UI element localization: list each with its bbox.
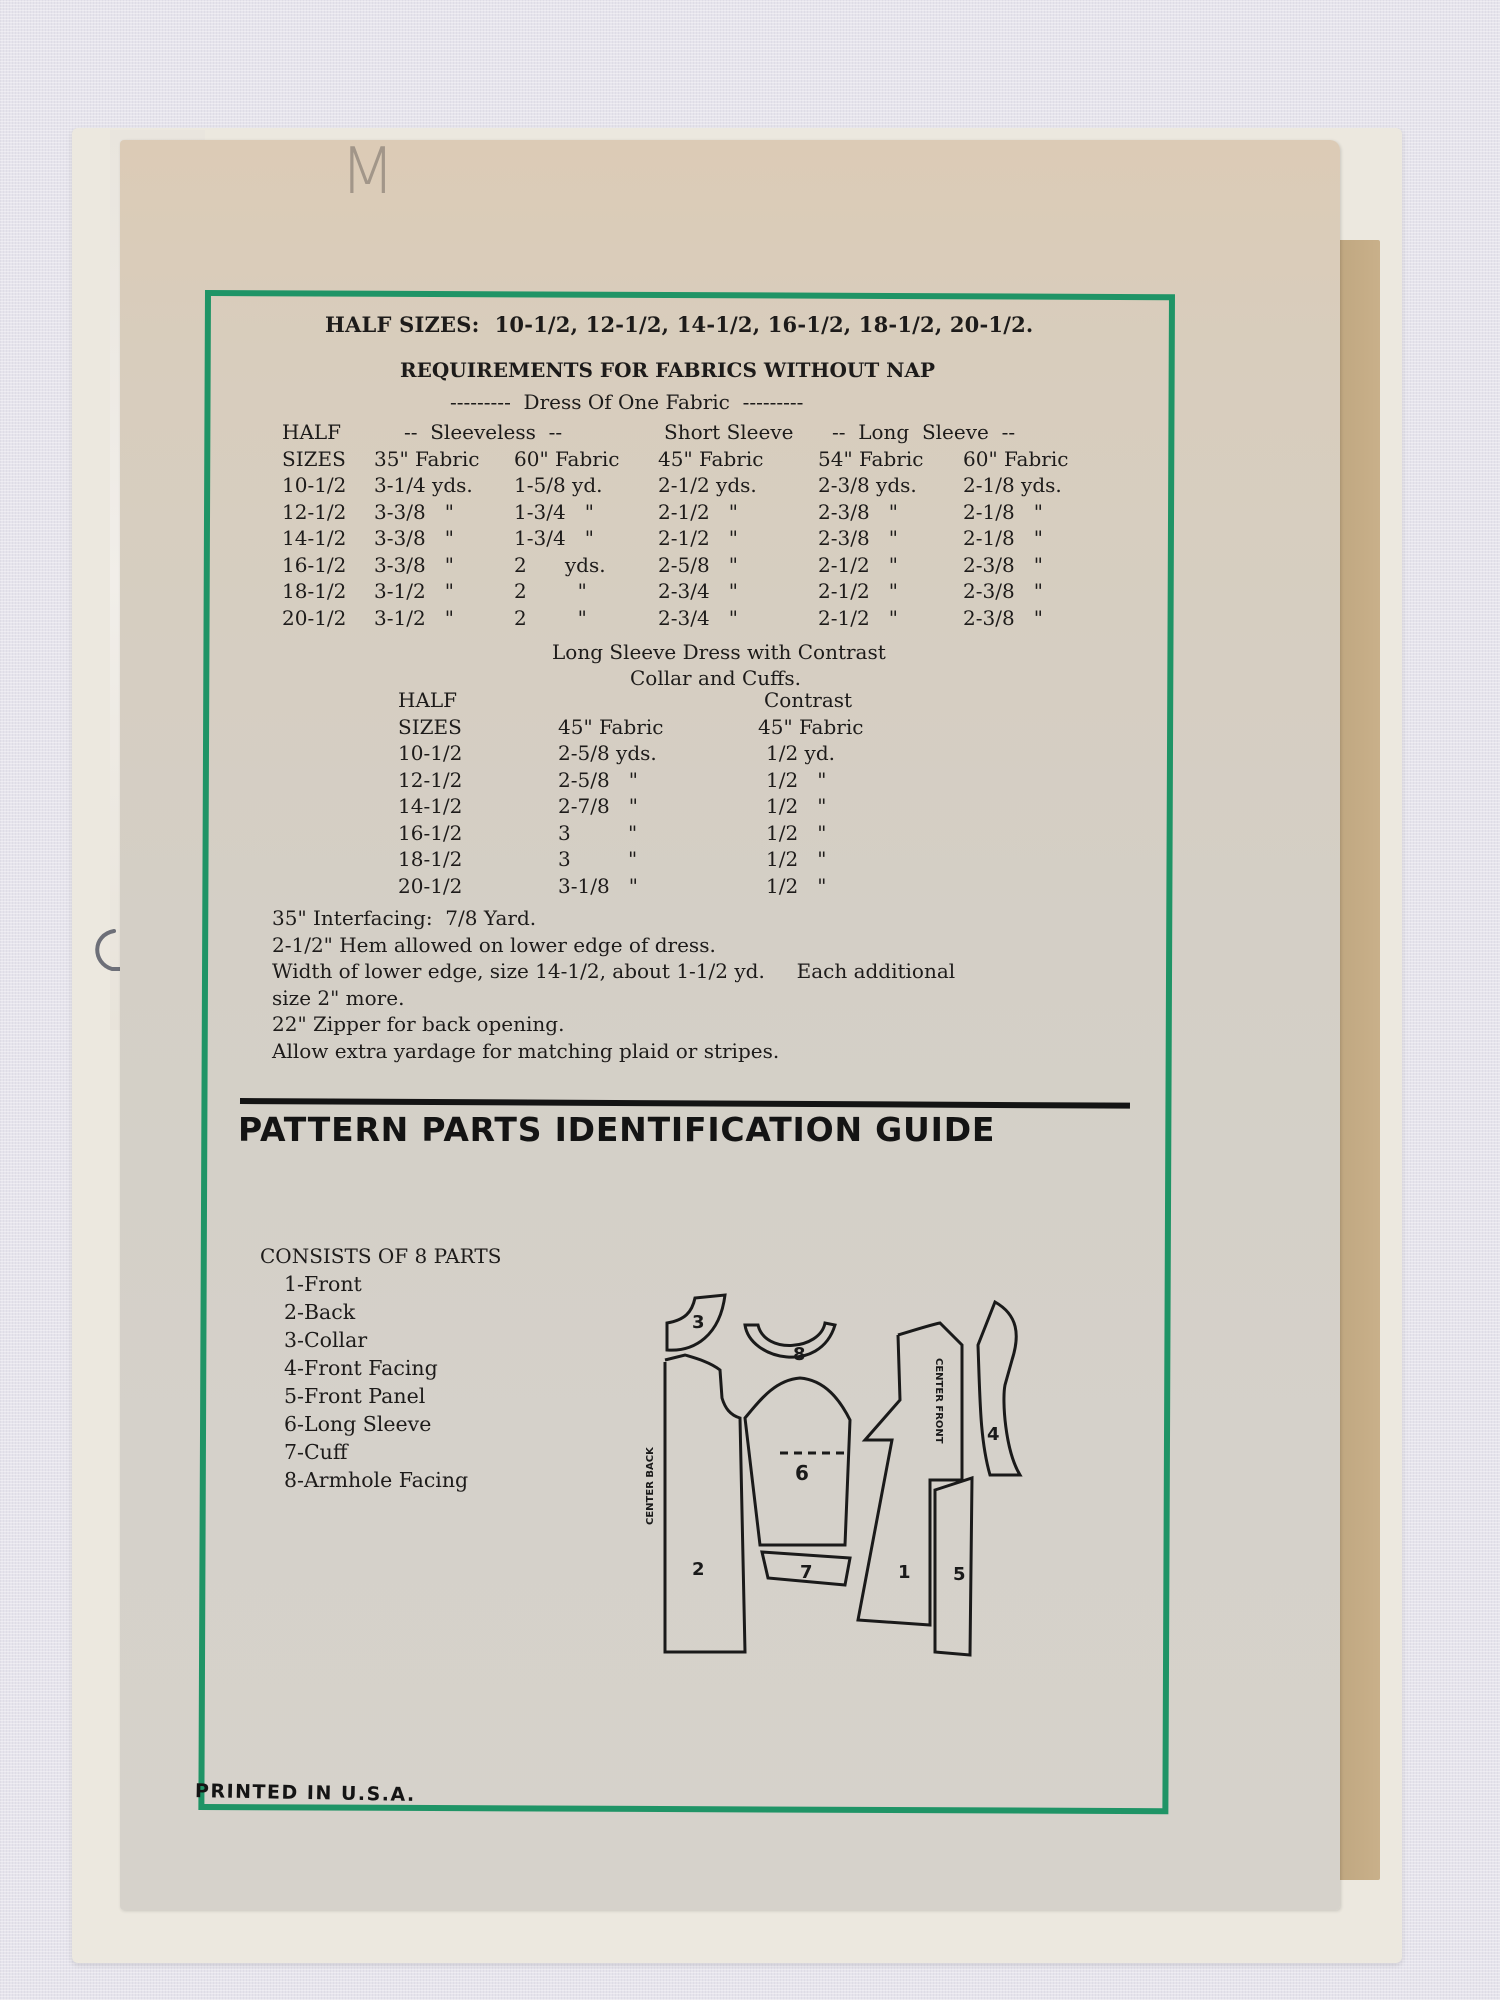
size-cell: 16-1/2	[282, 553, 374, 580]
piece-number-2: 2	[692, 1559, 705, 1580]
size-cell: 14-1/2	[398, 794, 558, 821]
yardage-cell: 2-3/8 "	[818, 526, 963, 553]
table-row: 20-1/2 3-1/8 " 1/2 "	[398, 874, 863, 901]
section-divider	[240, 1098, 1130, 1109]
yardage-cell: 2-3/8 "	[963, 553, 1103, 580]
table-row: 18-1/2 3-1/2 " 2 " 2-3/4 " 2-1/2 " 2-3/8…	[282, 579, 1103, 606]
piece-number-6: 6	[795, 1461, 809, 1485]
yardage-cell: 3-1/4 yds.	[374, 473, 514, 500]
size-cell: 12-1/2	[398, 768, 558, 795]
size-cell: 10-1/2	[398, 741, 558, 768]
yardage-cell: 2-7/8 "	[558, 794, 758, 821]
table-row: 12-1/2 2-5/8 " 1/2 "	[398, 768, 863, 795]
yardage-cell: 3-3/8 "	[374, 526, 514, 553]
yardage-cell: 2-3/8 "	[963, 606, 1103, 633]
printed-in-usa: PRINTED IN U.S.A.	[195, 1780, 416, 1806]
yardage-cell: 2-1/2 "	[658, 500, 818, 527]
yardage-cell: 1-5/8 yd.	[514, 473, 658, 500]
yardage-cell: 2-1/8 "	[963, 500, 1103, 527]
guide-title: PATTERN PARTS IDENTIFICATION GUIDE	[238, 1110, 995, 1149]
list-item: 5-Front Panel	[260, 1382, 501, 1410]
piece-armhole-facing-outline	[745, 1323, 835, 1357]
header-cell	[558, 688, 758, 715]
table-header-row: SIZES 35" Fabric 60" Fabric 45" Fabric 5…	[282, 447, 1103, 474]
table-row: 16-1/2 3 " 1/2 "	[398, 821, 863, 848]
yardage-cell: 2-3/8 yds.	[818, 473, 963, 500]
piece-back-outline	[665, 1355, 745, 1652]
yardage-cell: 2-5/8 "	[558, 768, 758, 795]
list-item: 8-Armhole Facing	[260, 1466, 501, 1494]
yardage-cell: 3-3/8 "	[374, 553, 514, 580]
yardage-cell: 1/2 "	[758, 874, 863, 901]
size-cell: 14-1/2	[282, 526, 374, 553]
yardage-cell: 2-3/8 "	[818, 500, 963, 527]
yardage-cell: 3-3/8 "	[374, 500, 514, 527]
list-item: 4-Front Facing	[260, 1354, 501, 1382]
header-cell: 45" Fabric	[658, 447, 818, 474]
yardage-cell: 3-1/2 "	[374, 579, 514, 606]
note-line: size 2" more.	[272, 985, 955, 1012]
yardage-cell: 3-1/2 "	[374, 606, 514, 633]
yardage-cell: 2-5/8 "	[658, 553, 818, 580]
note-line: Allow extra yardage for matching plaid o…	[272, 1038, 955, 1065]
table-row: 20-1/2 3-1/2 " 2 " 2-3/4 " 2-1/2 " 2-3/8…	[282, 606, 1103, 633]
size-cell: 18-1/2	[398, 847, 558, 874]
yardage-cell: 1-3/4 "	[514, 526, 658, 553]
note-line: Width of lower edge, size 14-1/2, about …	[272, 958, 955, 985]
yardage-cell: 2 "	[514, 579, 658, 606]
header-cell: 45" Fabric	[758, 715, 863, 742]
yardage-cell: 2-1/2 "	[818, 553, 963, 580]
yardage-cell: 2 yds.	[514, 553, 658, 580]
header-cell: SIZES	[398, 715, 558, 742]
yardage-cell: 3 "	[558, 847, 758, 874]
header-cell: 35" Fabric	[374, 447, 514, 474]
half-sizes-heading: HALF SIZES: 10-1/2, 12-1/2, 14-1/2, 16-1…	[325, 312, 1033, 337]
parts-list-title: CONSISTS OF 8 PARTS	[260, 1242, 501, 1270]
note-line: 2-1/2" Hem allowed on lower edge of dres…	[272, 932, 955, 959]
header-cell: HALF	[398, 688, 558, 715]
notes-block: 35" Interfacing: 7/8 Yard. 2-1/2" Hem al…	[272, 905, 955, 1064]
piece-number-7: 7	[800, 1562, 813, 1583]
size-cell: 18-1/2	[282, 579, 374, 606]
size-cell: 10-1/2	[282, 473, 374, 500]
piece-number-3: 3	[692, 1312, 705, 1333]
note-line: 35" Interfacing: 7/8 Yard.	[272, 905, 955, 932]
header-cell: Short Sleeve	[658, 420, 818, 447]
yardage-cell: 1-3/4 "	[514, 500, 658, 527]
yardage-cell: 1/2 "	[758, 847, 863, 874]
list-item: 6-Long Sleeve	[260, 1410, 501, 1438]
header-cell: HALF	[282, 420, 374, 447]
yardage-cell: 2-1/2 "	[658, 526, 818, 553]
size-cell: 16-1/2	[398, 821, 558, 848]
parts-list: CONSISTS OF 8 PARTS 1-Front 2-Back 3-Col…	[260, 1242, 501, 1494]
piece-number-4: 4	[987, 1424, 1000, 1445]
size-cell: 12-1/2	[282, 500, 374, 527]
list-item: 7-Cuff	[260, 1438, 501, 1466]
yardage-cell: 2-5/8 yds.	[558, 741, 758, 768]
yardage-cell: 1/2 "	[758, 794, 863, 821]
document-content: HALF SIZES: 10-1/2, 12-1/2, 14-1/2, 16-1…	[0, 0, 1500, 2000]
table-row: 12-1/2 3-3/8 " 1-3/4 " 2-1/2 " 2-3/8 " 2…	[282, 500, 1103, 527]
contrast-fabric-table: HALF Contrast SIZES 45" Fabric 45" Fabri…	[398, 688, 863, 900]
yardage-cell: 2-1/8 "	[963, 526, 1103, 553]
dress-one-fabric-heading: --------- Dress Of One Fabric ---------	[450, 390, 803, 414]
center-front-label: CENTER FRONT	[933, 1358, 944, 1444]
size-cell: 20-1/2	[398, 874, 558, 901]
list-item: 1-Front	[260, 1270, 501, 1298]
table-row: 14-1/2 2-7/8 " 1/2 "	[398, 794, 863, 821]
header-cell: 60" Fabric	[514, 447, 658, 474]
size-cell: 20-1/2	[282, 606, 374, 633]
yardage-cell: 3 "	[558, 821, 758, 848]
pattern-pieces-diagram: 3 8 6 7 2 1 5 4 CENTER BACK CENTER FRONT	[640, 1290, 1040, 1670]
table-row: 10-1/2 2-5/8 yds. 1/2 yd.	[398, 741, 863, 768]
piece-number-5: 5	[953, 1564, 966, 1585]
table-header-row: SIZES 45" Fabric 45" Fabric	[398, 715, 863, 742]
contrast-title-line1: Long Sleeve Dress with Contrast	[552, 640, 886, 664]
yardage-cell: 2-3/4 "	[658, 579, 818, 606]
piece-number-8: 8	[793, 1344, 806, 1365]
yardage-cell: 3-1/8 "	[558, 874, 758, 901]
table-row: 10-1/2 3-1/4 yds. 1-5/8 yd. 2-1/2 yds. 2…	[282, 473, 1103, 500]
table-row: 18-1/2 3 " 1/2 "	[398, 847, 863, 874]
table-row: 16-1/2 3-3/8 " 2 yds. 2-5/8 " 2-1/2 " 2-…	[282, 553, 1103, 580]
yardage-cell: 2-1/2 yds.	[658, 473, 818, 500]
header-cell: Contrast	[758, 688, 863, 715]
list-item: 3-Collar	[260, 1326, 501, 1354]
yardage-cell: 2-1/8 yds.	[963, 473, 1103, 500]
yardage-cell: 2-3/4 "	[658, 606, 818, 633]
header-cell: -- Sleeveless --	[374, 420, 658, 447]
yardage-cell: 1/2 "	[758, 821, 863, 848]
yardage-cell: 2-1/2 "	[818, 606, 963, 633]
table-header-row: HALF -- Sleeveless -- Short Sleeve -- Lo…	[282, 420, 1103, 447]
yardage-cell: 2-3/8 "	[963, 579, 1103, 606]
header-cell: SIZES	[282, 447, 374, 474]
header-cell: 60" Fabric	[963, 447, 1103, 474]
fabric-requirements-table: HALF -- Sleeveless -- Short Sleeve -- Lo…	[282, 420, 1103, 632]
yardage-cell: 2 "	[514, 606, 658, 633]
yardage-cell: 1/2 "	[758, 768, 863, 795]
piece-front-facing-outline	[978, 1302, 1020, 1475]
list-item: 2-Back	[260, 1298, 501, 1326]
center-back-label: CENTER BACK	[645, 1446, 656, 1525]
yardage-cell: 2-1/2 "	[818, 579, 963, 606]
requirements-heading: REQUIREMENTS FOR FABRICS WITHOUT NAP	[400, 358, 935, 382]
table-header-row: HALF Contrast	[398, 688, 863, 715]
header-cell: 54" Fabric	[818, 447, 963, 474]
yardage-cell: 1/2 yd.	[758, 741, 863, 768]
header-cell: 45" Fabric	[558, 715, 758, 742]
piece-number-1: 1	[898, 1562, 911, 1583]
table-row: 14-1/2 3-3/8 " 1-3/4 " 2-1/2 " 2-3/8 " 2…	[282, 526, 1103, 553]
note-line: 22" Zipper for back opening.	[272, 1011, 955, 1038]
contrast-title-line2: Collar and Cuffs.	[630, 666, 801, 690]
header-cell: -- Long Sleeve --	[818, 420, 1103, 447]
